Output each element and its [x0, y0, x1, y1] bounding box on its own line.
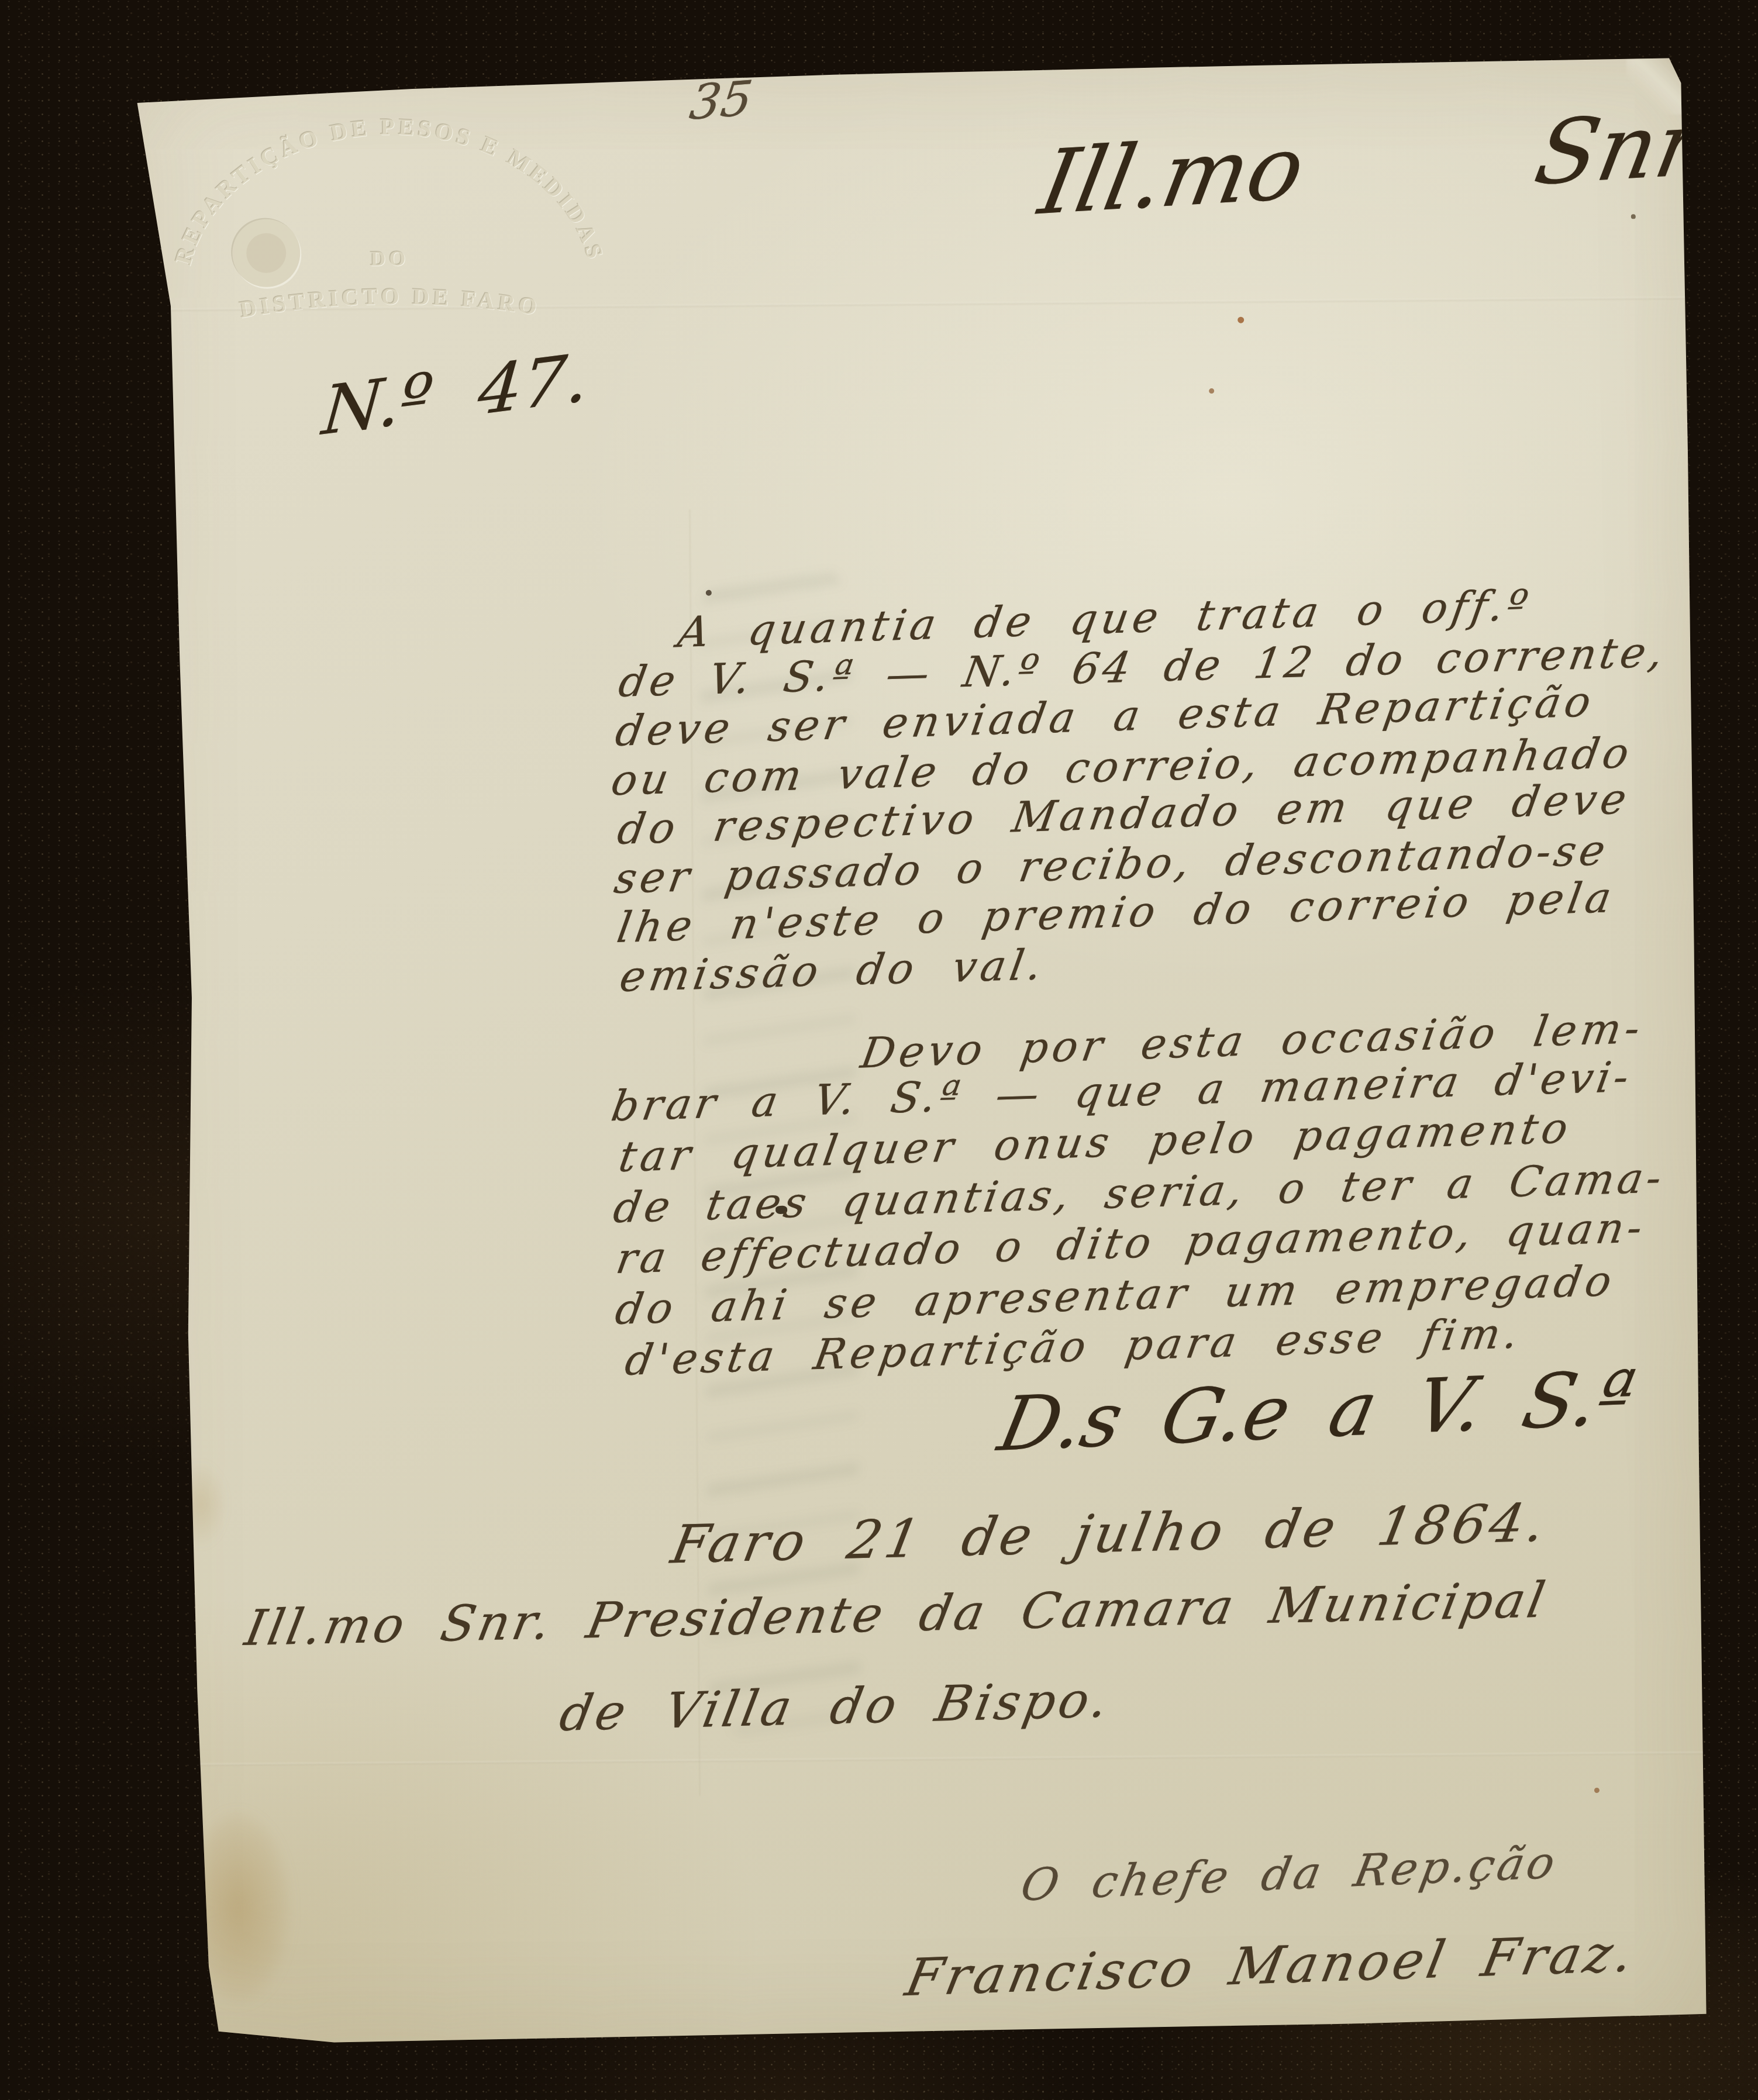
salutation: Ill.mo Snr. [1032, 91, 1728, 235]
archival-number: 35 [687, 71, 756, 131]
embossed-stamp: REPARTIÇÃO DE PESOS E MEDIDAS REPARTIÇÃO… [167, 111, 613, 366]
signature-name: Francisco Manoel Fraz. [901, 1923, 1641, 2008]
photograph-background: REPARTIÇÃO DE PESOS E MEDIDAS REPARTIÇÃO… [0, 0, 1758, 2100]
ink-speck [1631, 214, 1636, 219]
ink-speck [1209, 388, 1214, 394]
fold-crease-bottom [145, 1751, 1705, 1766]
stamp-middle: DO [370, 247, 409, 271]
ink-speck [1238, 317, 1244, 323]
stain-left-edge [174, 1460, 227, 1549]
valediction: D.s G.e a V. S.ª [992, 1354, 1642, 1468]
ink-speck [706, 590, 712, 596]
ink-speck [1594, 1788, 1600, 1793]
addressee-line-1: Ill.mo Snr. Presidente da Camara Municip… [240, 1571, 1552, 1657]
signature-title: O chefe da Rep.ção [1017, 1836, 1562, 1911]
stamp-rosette [231, 218, 302, 289]
letter-page: REPARTIÇÃO DE PESOS E MEDIDAS REPARTIÇÃO… [132, 57, 1707, 2046]
body-paragraph-1: A quantia de que trata o off.º de V. S.ª… [132, 57, 1692, 70]
body-paragraph-2: Devo por esta occasião lem- brar a V. S.… [132, 57, 1692, 70]
stain-bottom-left [185, 1811, 292, 2004]
addressee-line-2: de Villa do Bispo. [556, 1671, 1116, 1742]
